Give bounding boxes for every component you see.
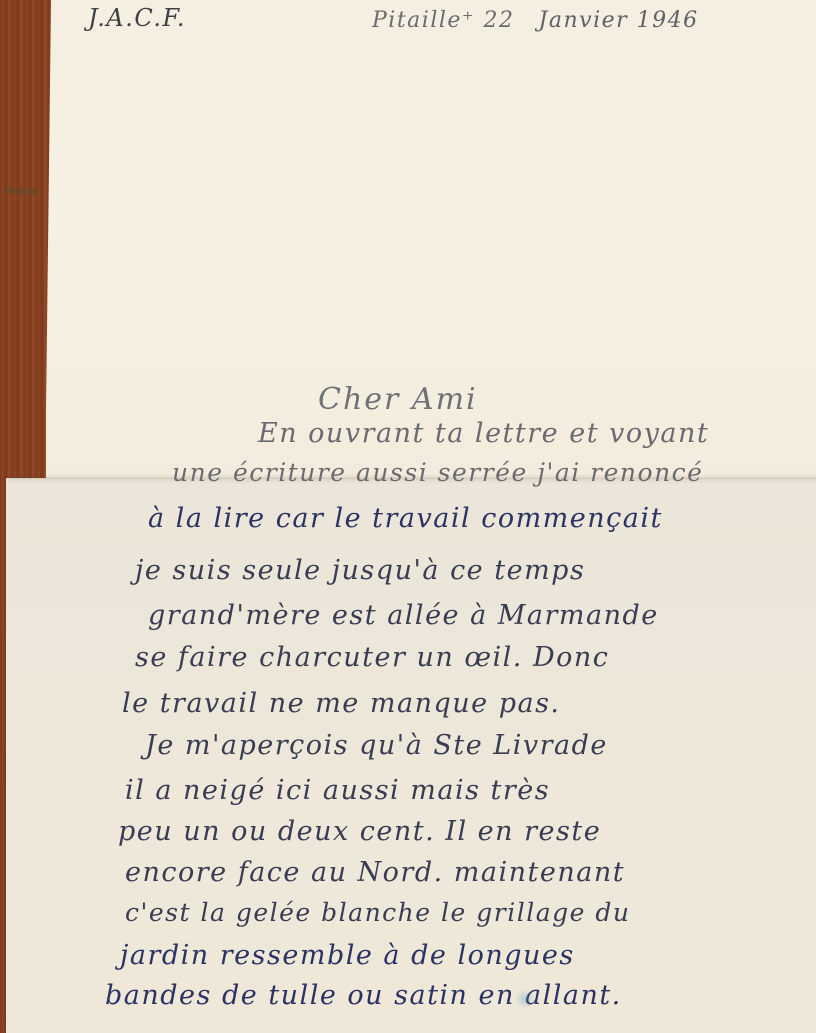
letter-line-3: à la lire car le travail commençait (148, 503, 663, 534)
letter-line-2: une écriture aussi serrée j'ai renoncé (172, 458, 703, 487)
letter-line-8: Je m'aperçois qu'à Ste Livrade (145, 730, 608, 761)
place-text: Pitaille⁺ 22 (372, 8, 515, 33)
place-date-line: Pitaille⁺ 22Janvier 1946 (372, 8, 699, 33)
salutation: Cher Ami (318, 382, 478, 417)
letter-line-5: grand'mère est allée à Marmande (148, 600, 659, 631)
letter-line-10: peu un ou deux cent. Il en reste (118, 816, 601, 847)
letter-line-7: le travail ne me manque pas. (122, 688, 561, 719)
letter-line-11: encore face au Nord. maintenant (125, 857, 625, 888)
ink-blot (514, 990, 536, 1008)
date-text: Janvier 1946 (539, 8, 699, 33)
letter-line-9: il a neigé ici aussi mais très (125, 775, 550, 806)
letter-line-6: se faire charcuter un œil. Donc (135, 642, 609, 673)
letter-line-13: jardin ressemble à de longues (120, 940, 575, 971)
letter-line-4: je suis seule jusqu'à ce temps (135, 555, 585, 586)
letter-line-1: En ouvrant ta lettre et voyant (258, 418, 709, 449)
letter-line-12: c'est la gelée blanche le grillage du (125, 898, 630, 927)
letter-line-14: bandes de tulle ou satin en allant. (105, 980, 622, 1011)
letter-reference: J.A.C.F. (88, 4, 186, 32)
